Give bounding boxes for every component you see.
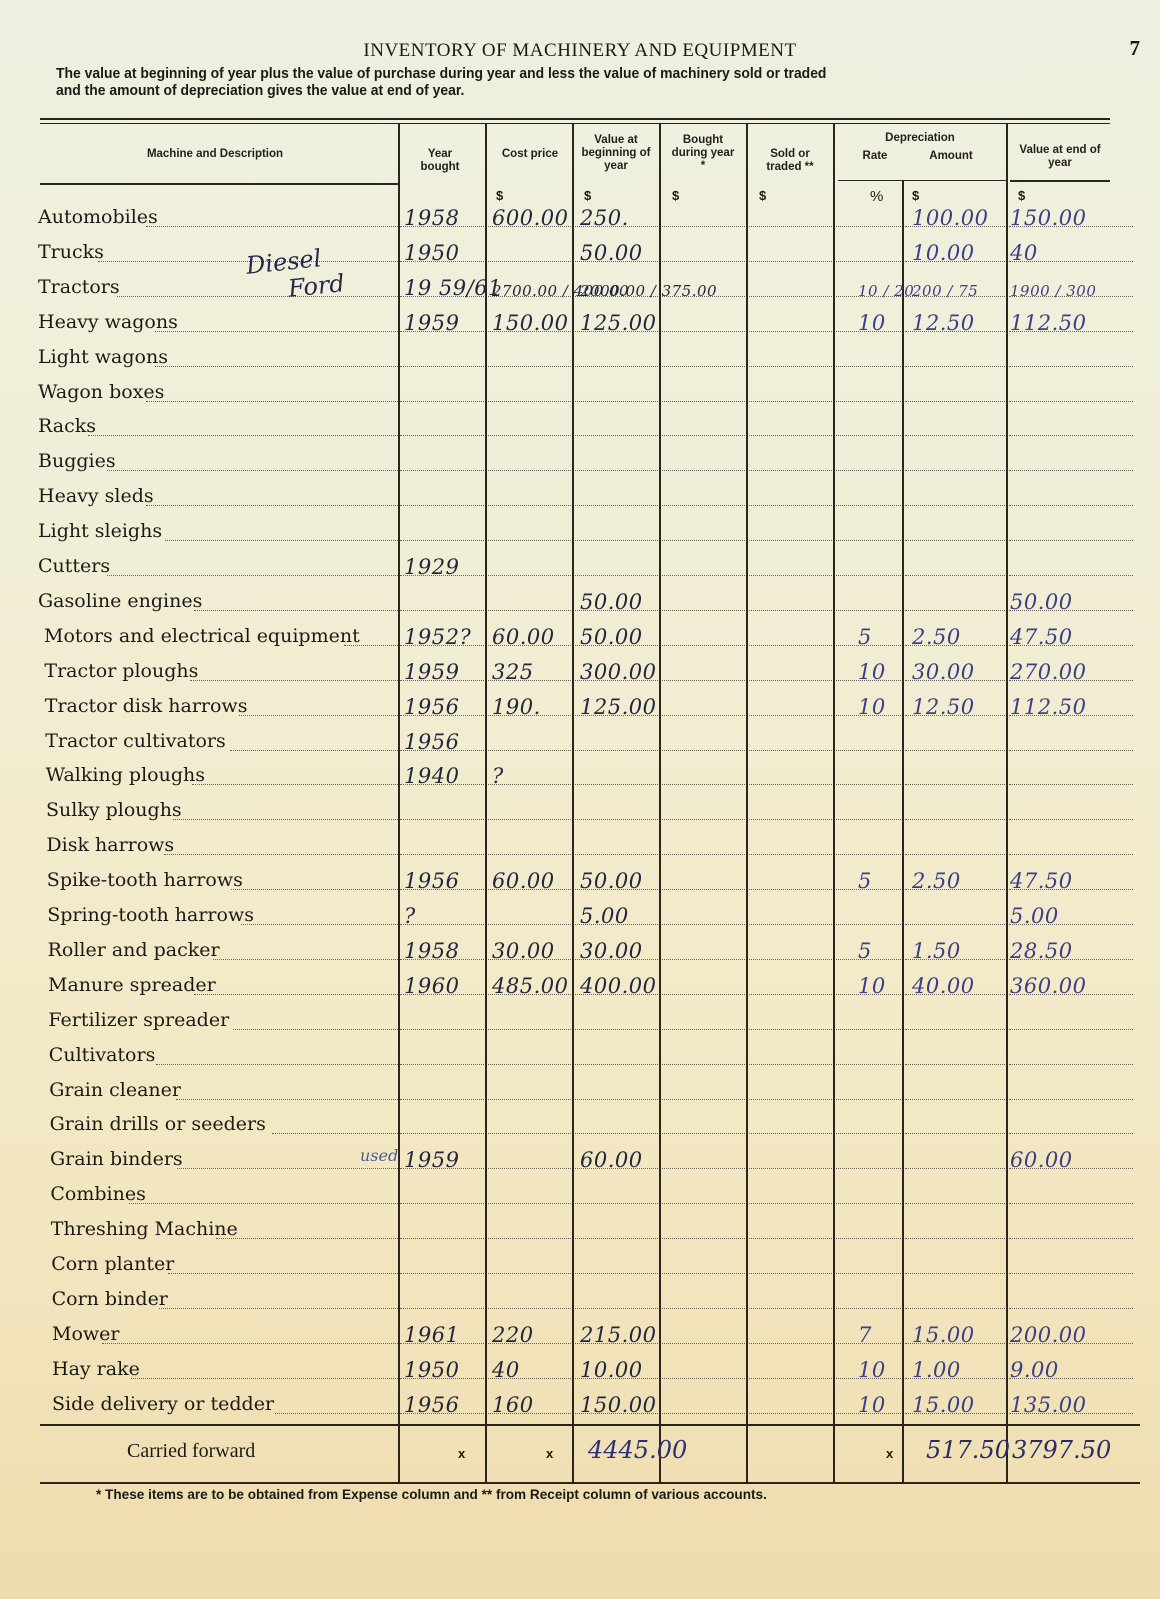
dot-leader <box>1009 366 1133 367</box>
dot-leader <box>749 750 832 751</box>
dot-leader <box>575 575 658 576</box>
cell-cost: 160 <box>492 1393 534 1417</box>
machine-label: Side delivery or tedder <box>52 1393 274 1415</box>
dot-leader <box>836 435 901 436</box>
machine-label: Gasoline engines <box>38 590 202 612</box>
page-title: INVENTORY OF MACHINERY AND EQUIPMENT <box>0 40 1160 62</box>
dot-leader <box>905 366 1005 367</box>
cell-amount: 2.50 <box>912 869 961 893</box>
cell-amount: 100.00 <box>912 206 988 230</box>
dot-leader <box>905 924 1005 925</box>
cell-amount: 1.50 <box>912 939 961 963</box>
header-machine: Machine and Description <box>40 148 390 161</box>
cell-end: 1900 / 300 <box>1010 282 1096 300</box>
dot-leader <box>905 819 1005 820</box>
cell-begin: 30.00 <box>580 939 643 963</box>
machine-label: Corn planter <box>51 1253 174 1275</box>
machine-label: Combines <box>50 1183 145 1205</box>
dot-leader <box>749 401 832 402</box>
dot-leader <box>662 261 745 262</box>
dot-leader <box>1009 505 1133 506</box>
table-row: Threshing Machine <box>0 1210 1160 1245</box>
cell-year: 1958 <box>404 939 459 963</box>
table-row: Automobiles1958600.00250.100.00150.00 <box>0 198 1160 233</box>
dot-leader <box>662 889 745 890</box>
dot-leader <box>146 401 398 402</box>
dot-leader <box>400 435 484 436</box>
dot-leader <box>575 1238 658 1239</box>
cell-cost: 150.00 <box>492 311 568 335</box>
dot-leader <box>749 540 832 541</box>
table-row: Manure spreader1960485.00400.001040.0036… <box>0 966 1160 1001</box>
dot-leader <box>662 401 745 402</box>
dot-leader <box>1009 1133 1133 1134</box>
dot-leader <box>400 505 484 506</box>
cell-begin: 5.00 <box>580 904 629 928</box>
machine-label: Motors and electrical equipment <box>44 625 360 647</box>
dot-leader <box>400 854 484 855</box>
end-sub-rule <box>1010 180 1110 182</box>
page-number: 7 <box>1130 36 1141 61</box>
dot-leader <box>192 784 398 785</box>
dot-leader <box>749 1203 832 1204</box>
cell-rate: 5 <box>858 939 872 963</box>
dot-leader <box>749 1413 832 1414</box>
dot-leader <box>836 819 901 820</box>
cell-year: 1959 <box>404 1148 459 1172</box>
dot-leader <box>662 924 745 925</box>
carried-forward-begin: 4445.00 <box>588 1436 687 1464</box>
dot-leader <box>749 296 832 297</box>
dot-leader <box>488 1238 571 1239</box>
dot-leader <box>749 1238 832 1239</box>
header-dep-rate: Rate <box>850 150 900 163</box>
header-value-end: Value at end of year <box>1014 144 1106 170</box>
dot-leader <box>905 1203 1005 1204</box>
dot-leader <box>194 994 398 995</box>
dot-leader <box>905 1273 1005 1274</box>
dot-leader <box>836 1064 901 1065</box>
header-dep-amount: Amount <box>916 150 986 163</box>
dot-leader <box>749 435 832 436</box>
dot-leader <box>749 1133 832 1134</box>
dot-leader <box>905 1029 1005 1030</box>
machine-label: Roller and packer <box>48 939 220 961</box>
machine-label: Grain cleaner <box>49 1079 181 1101</box>
total-rule <box>40 1424 1140 1426</box>
dot-leader <box>662 366 745 367</box>
dot-leader <box>1009 819 1133 820</box>
cell-year: 1956 <box>404 1393 459 1417</box>
cell-year: 1956 <box>404 730 459 754</box>
header-bottom-rule <box>40 183 398 185</box>
cell-begin: 50.00 <box>580 590 643 614</box>
dot-leader <box>836 1029 901 1030</box>
dot-leader <box>1009 540 1133 541</box>
rate-x-mark: x <box>886 1446 893 1461</box>
cell-cost: 40 <box>492 1358 520 1382</box>
cell-amount: 2.50 <box>912 625 961 649</box>
machine-label: Walking ploughs <box>46 764 205 786</box>
machine-label: Automobiles <box>38 206 158 228</box>
cell-rate: 10 <box>858 695 886 719</box>
dot-leader <box>749 715 832 716</box>
dot-leader <box>836 226 901 227</box>
dot-leader <box>749 1378 832 1379</box>
cell-amount: 15.00 <box>912 1323 975 1347</box>
machine-label: Light wagons <box>38 346 168 368</box>
dot-leader <box>836 1133 901 1134</box>
dot-leader <box>836 854 901 855</box>
machine-label: Grain drills or seeders <box>50 1113 266 1135</box>
cell-end: 150.00 <box>1010 206 1086 230</box>
dot-leader <box>662 1133 745 1134</box>
machine-label: Sulky ploughs <box>46 799 182 821</box>
dot-leader <box>400 1273 484 1274</box>
table-row: Tractor ploughs1959325300.001030.00270.0… <box>0 652 1160 687</box>
grain-binder-note: used <box>360 1146 398 1165</box>
dot-leader <box>488 261 571 262</box>
dot-leader <box>749 575 832 576</box>
cell-begin: 10.00 <box>580 1358 643 1382</box>
table-row: Gasoline engines50.0050.00 <box>0 582 1160 617</box>
dot-leader <box>575 1273 658 1274</box>
cell-begin: 60.00 <box>580 1148 643 1172</box>
cell-amount: 12.50 <box>912 695 975 719</box>
table-row: Spike-tooth harrows195660.0050.0052.5047… <box>0 861 1160 896</box>
cell-end: 60.00 <box>1010 1148 1073 1172</box>
cell-end: 40 <box>1010 241 1038 265</box>
dot-leader <box>749 924 832 925</box>
dot-leader <box>488 540 571 541</box>
cell-end: 9.00 <box>1010 1358 1059 1382</box>
dot-leader <box>155 366 398 367</box>
dot-leader <box>662 1378 745 1379</box>
dot-leader <box>836 1273 901 1274</box>
carried-forward-label: Carried forward <box>127 1440 255 1463</box>
cell-begin: 250. <box>580 206 629 230</box>
dot-leader <box>1009 401 1133 402</box>
dot-leader <box>190 680 398 681</box>
cell-begin: 150.00 <box>580 1393 656 1417</box>
dot-leader <box>488 1168 571 1169</box>
dot-leader <box>575 1029 658 1030</box>
dot-leader <box>164 854 398 855</box>
dot-leader <box>836 1238 901 1239</box>
carried-forward-end: 3797.50 <box>1012 1436 1111 1464</box>
cell-end: 200.00 <box>1010 1323 1086 1347</box>
cell-cost: 60.00 <box>492 869 555 893</box>
dot-leader <box>836 540 901 541</box>
dot-leader <box>749 331 832 332</box>
dot-leader <box>488 1273 571 1274</box>
dot-leader <box>749 645 832 646</box>
dot-leader <box>1009 1029 1133 1030</box>
dot-leader <box>129 1203 398 1204</box>
cell-cost: 485.00 <box>492 974 568 998</box>
dot-leader <box>233 1029 398 1030</box>
dot-leader <box>836 750 901 751</box>
top-rule-2 <box>40 123 1110 124</box>
dot-leader <box>749 470 832 471</box>
dot-leader <box>662 610 745 611</box>
table-row: Fertilizer spreader <box>0 1001 1160 1036</box>
table-row: Roller and packer195830.0030.0051.5028.5… <box>0 931 1160 966</box>
cell-rate: 10 <box>858 974 886 998</box>
dot-leader <box>836 401 901 402</box>
machine-label: Manure spreader <box>48 974 216 996</box>
dot-leader <box>488 750 571 751</box>
table-row: Buggies <box>0 442 1160 477</box>
dot-leader <box>749 1029 832 1030</box>
dot-leader <box>488 924 571 925</box>
dot-leader <box>662 994 745 995</box>
dot-leader <box>749 819 832 820</box>
dot-leader <box>905 575 1005 576</box>
cell-cost: 220 <box>492 1323 534 1347</box>
table-row: Grain binders195960.0060.00 <box>0 1140 1160 1175</box>
dot-leader <box>575 1133 658 1134</box>
dot-leader <box>662 1413 745 1414</box>
cell-year: 1940 <box>404 764 459 788</box>
machine-label: Wagon boxes <box>38 381 164 403</box>
dot-leader <box>488 575 571 576</box>
cell-end: 5.00 <box>1010 904 1059 928</box>
dot-leader <box>216 1238 398 1239</box>
dot-leader <box>749 1168 832 1169</box>
dot-leader <box>131 1378 398 1379</box>
cell-year: 1961 <box>404 1323 459 1347</box>
dot-leader <box>88 435 398 436</box>
dot-leader <box>749 1064 832 1065</box>
table-row: Side delivery or tedder1956160150.001015… <box>0 1385 1160 1420</box>
dot-leader <box>905 401 1005 402</box>
machine-label: Grain binders <box>50 1148 183 1170</box>
cell-amount: 12.50 <box>912 311 975 335</box>
cell-end: 28.50 <box>1010 939 1073 963</box>
dot-leader <box>662 1029 745 1030</box>
dot-leader <box>400 819 484 820</box>
instructions-line-2: and the amount of depreciation gives the… <box>56 83 1074 100</box>
dot-leader <box>836 366 901 367</box>
dot-leader <box>488 435 571 436</box>
cell-end: 50.00 <box>1010 590 1073 614</box>
dot-leader <box>1009 854 1133 855</box>
dot-leader <box>239 715 398 716</box>
dot-leader <box>488 1064 571 1065</box>
table-row: Hay rake19504010.00101.009.00 <box>0 1350 1160 1385</box>
cell-rate: 10 <box>858 311 886 335</box>
cell-year: 1956 <box>404 869 459 893</box>
dot-leader <box>575 750 658 751</box>
dot-leader <box>400 610 484 611</box>
dot-leader <box>662 575 745 576</box>
machine-label: Cutters <box>38 555 110 577</box>
dot-leader <box>1009 1273 1133 1274</box>
machine-label: Heavy wagons <box>38 311 178 333</box>
table-row: Spring-tooth harrows?5.005.00 <box>0 896 1160 931</box>
dot-leader <box>107 575 398 576</box>
dot-leader <box>905 1238 1005 1239</box>
carried-forward-amount: 517.50 <box>926 1436 1010 1464</box>
machine-label: Corn binder <box>52 1288 168 1310</box>
dot-leader <box>575 1308 658 1309</box>
dot-leader <box>749 226 832 227</box>
cell-year: 1950 <box>404 241 459 265</box>
header-sold-traded: Sold or traded ** <box>752 148 828 174</box>
dot-leader <box>575 505 658 506</box>
cell-rate: 5 <box>858 625 872 649</box>
dot-leader <box>231 889 398 890</box>
dot-leader <box>749 680 832 681</box>
dot-leader <box>836 1203 901 1204</box>
dot-leader <box>749 1273 832 1274</box>
dot-leader <box>905 1133 1005 1134</box>
dot-leader <box>662 1203 745 1204</box>
machine-label: Buggies <box>38 450 116 472</box>
dot-leader <box>488 610 571 611</box>
machine-label: Spike-tooth harrows <box>47 869 243 891</box>
machine-label: Trucks <box>38 241 104 263</box>
dot-leader <box>836 1099 901 1100</box>
dot-leader <box>905 784 1005 785</box>
dot-leader <box>836 470 901 471</box>
cell-end: 47.50 <box>1010 625 1073 649</box>
cell-begin: 50.00 <box>580 241 643 265</box>
dot-leader <box>575 1203 658 1204</box>
cell-year: ? <box>404 904 416 928</box>
cell-year: 1958 <box>404 206 459 230</box>
dot-leader <box>1009 750 1133 751</box>
dot-leader <box>749 994 832 995</box>
dot-leader <box>400 1203 484 1204</box>
dot-leader <box>662 680 745 681</box>
footnote: * These items are to be obtained from Ex… <box>96 1486 767 1502</box>
dot-leader <box>905 750 1005 751</box>
machine-label: Cultivators <box>49 1044 156 1066</box>
cell-amount: 15.00 <box>912 1393 975 1417</box>
cell-begin: 50.00 <box>580 869 643 893</box>
cell-rate: 10 <box>858 660 886 684</box>
dot-leader <box>1009 575 1133 576</box>
top-rule <box>40 118 1110 120</box>
cell-amount: 40.00 <box>912 974 975 998</box>
cell-begin: 2000.00 / 375.00 <box>580 282 717 300</box>
dot-leader <box>749 1343 832 1344</box>
dot-leader <box>400 1238 484 1239</box>
dot-leader <box>575 819 658 820</box>
cell-rate: 10 / 20 <box>858 282 914 300</box>
machine-label: Tractor ploughs <box>44 660 198 682</box>
dot-leader <box>662 1064 745 1065</box>
dot-leader <box>662 540 745 541</box>
machine-label: Threshing Machine <box>51 1218 238 1240</box>
cell-end: 360.00 <box>1010 974 1086 998</box>
inventory-page: INVENTORY OF MACHINERY AND EQUIPMENT 7 T… <box>0 0 1160 1599</box>
dot-leader <box>400 1064 484 1065</box>
cell-year: 1959 <box>404 660 459 684</box>
table-row: Tractor cultivators1956 <box>0 722 1160 757</box>
cell-amount: 10.00 <box>912 241 975 265</box>
header-bought-during: Bought during year * <box>668 134 738 173</box>
dot-leader <box>662 470 745 471</box>
dot-leader <box>575 470 658 471</box>
cell-end: 135.00 <box>1010 1393 1086 1417</box>
dot-leader <box>488 470 571 471</box>
dot-leader <box>168 1273 398 1274</box>
dot-leader <box>575 366 658 367</box>
dot-leader <box>1009 1308 1133 1309</box>
dot-leader <box>146 226 398 227</box>
dot-leader <box>662 226 745 227</box>
cell-cost: 325 <box>492 660 534 684</box>
cost-x-mark: x <box>546 1446 553 1461</box>
dot-leader <box>662 959 745 960</box>
dot-leader <box>749 610 832 611</box>
cell-amount: 1.00 <box>912 1358 961 1382</box>
table-row: Motors and electrical equipment1952?60.0… <box>0 617 1160 652</box>
dot-leader <box>662 750 745 751</box>
table-row: Trucks195050.0010.0040 <box>0 233 1160 268</box>
dot-leader <box>662 715 745 716</box>
dot-leader <box>662 645 745 646</box>
dot-leader <box>575 540 658 541</box>
dot-leader <box>905 1168 1005 1169</box>
machine-label: Spring-tooth harrows <box>47 904 254 926</box>
dot-leader <box>165 540 398 541</box>
table-row: Racks <box>0 407 1160 442</box>
dot-leader <box>1009 784 1133 785</box>
dot-leader <box>488 505 571 506</box>
cell-rate: 7 <box>858 1323 872 1347</box>
dot-leader <box>662 1238 745 1239</box>
table-row: Tractors19 59/612700.00 / 400.002000.00 … <box>0 268 1160 303</box>
table-row: Combines <box>0 1175 1160 1210</box>
cell-year: 1959 <box>404 311 459 335</box>
dot-leader <box>905 1064 1005 1065</box>
dot-leader <box>749 784 832 785</box>
dot-leader <box>662 1343 745 1344</box>
dot-leader <box>905 470 1005 471</box>
dot-leader <box>662 1308 745 1309</box>
header-year-bought: Year bought <box>410 148 470 174</box>
machine-label: Tractor disk harrows <box>45 695 248 717</box>
dot-leader <box>102 1343 398 1344</box>
cell-cost: ? <box>492 764 504 788</box>
dot-leader <box>400 1308 484 1309</box>
dot-leader <box>662 1168 745 1169</box>
instructions-line-1: The value at beginning of year plus the … <box>56 66 1074 83</box>
machine-label: Tractor cultivators <box>45 730 226 752</box>
dot-leader <box>575 784 658 785</box>
dot-leader <box>488 819 571 820</box>
dot-leader <box>836 505 901 506</box>
dot-leader <box>836 610 901 611</box>
dot-leader <box>836 1308 901 1309</box>
cell-amount: 30.00 <box>912 660 975 684</box>
cell-cost: 60.00 <box>492 625 555 649</box>
dot-leader <box>749 1099 832 1100</box>
dot-leader <box>176 1099 398 1100</box>
dot-leader <box>749 959 832 960</box>
dot-leader <box>575 435 658 436</box>
dot-leader <box>662 331 745 332</box>
dot-leader <box>749 889 832 890</box>
cell-cost: 600.00 <box>492 206 568 230</box>
machine-label: Heavy sleds <box>38 485 154 507</box>
dot-leader <box>836 1168 901 1169</box>
dot-leader <box>488 1133 571 1134</box>
